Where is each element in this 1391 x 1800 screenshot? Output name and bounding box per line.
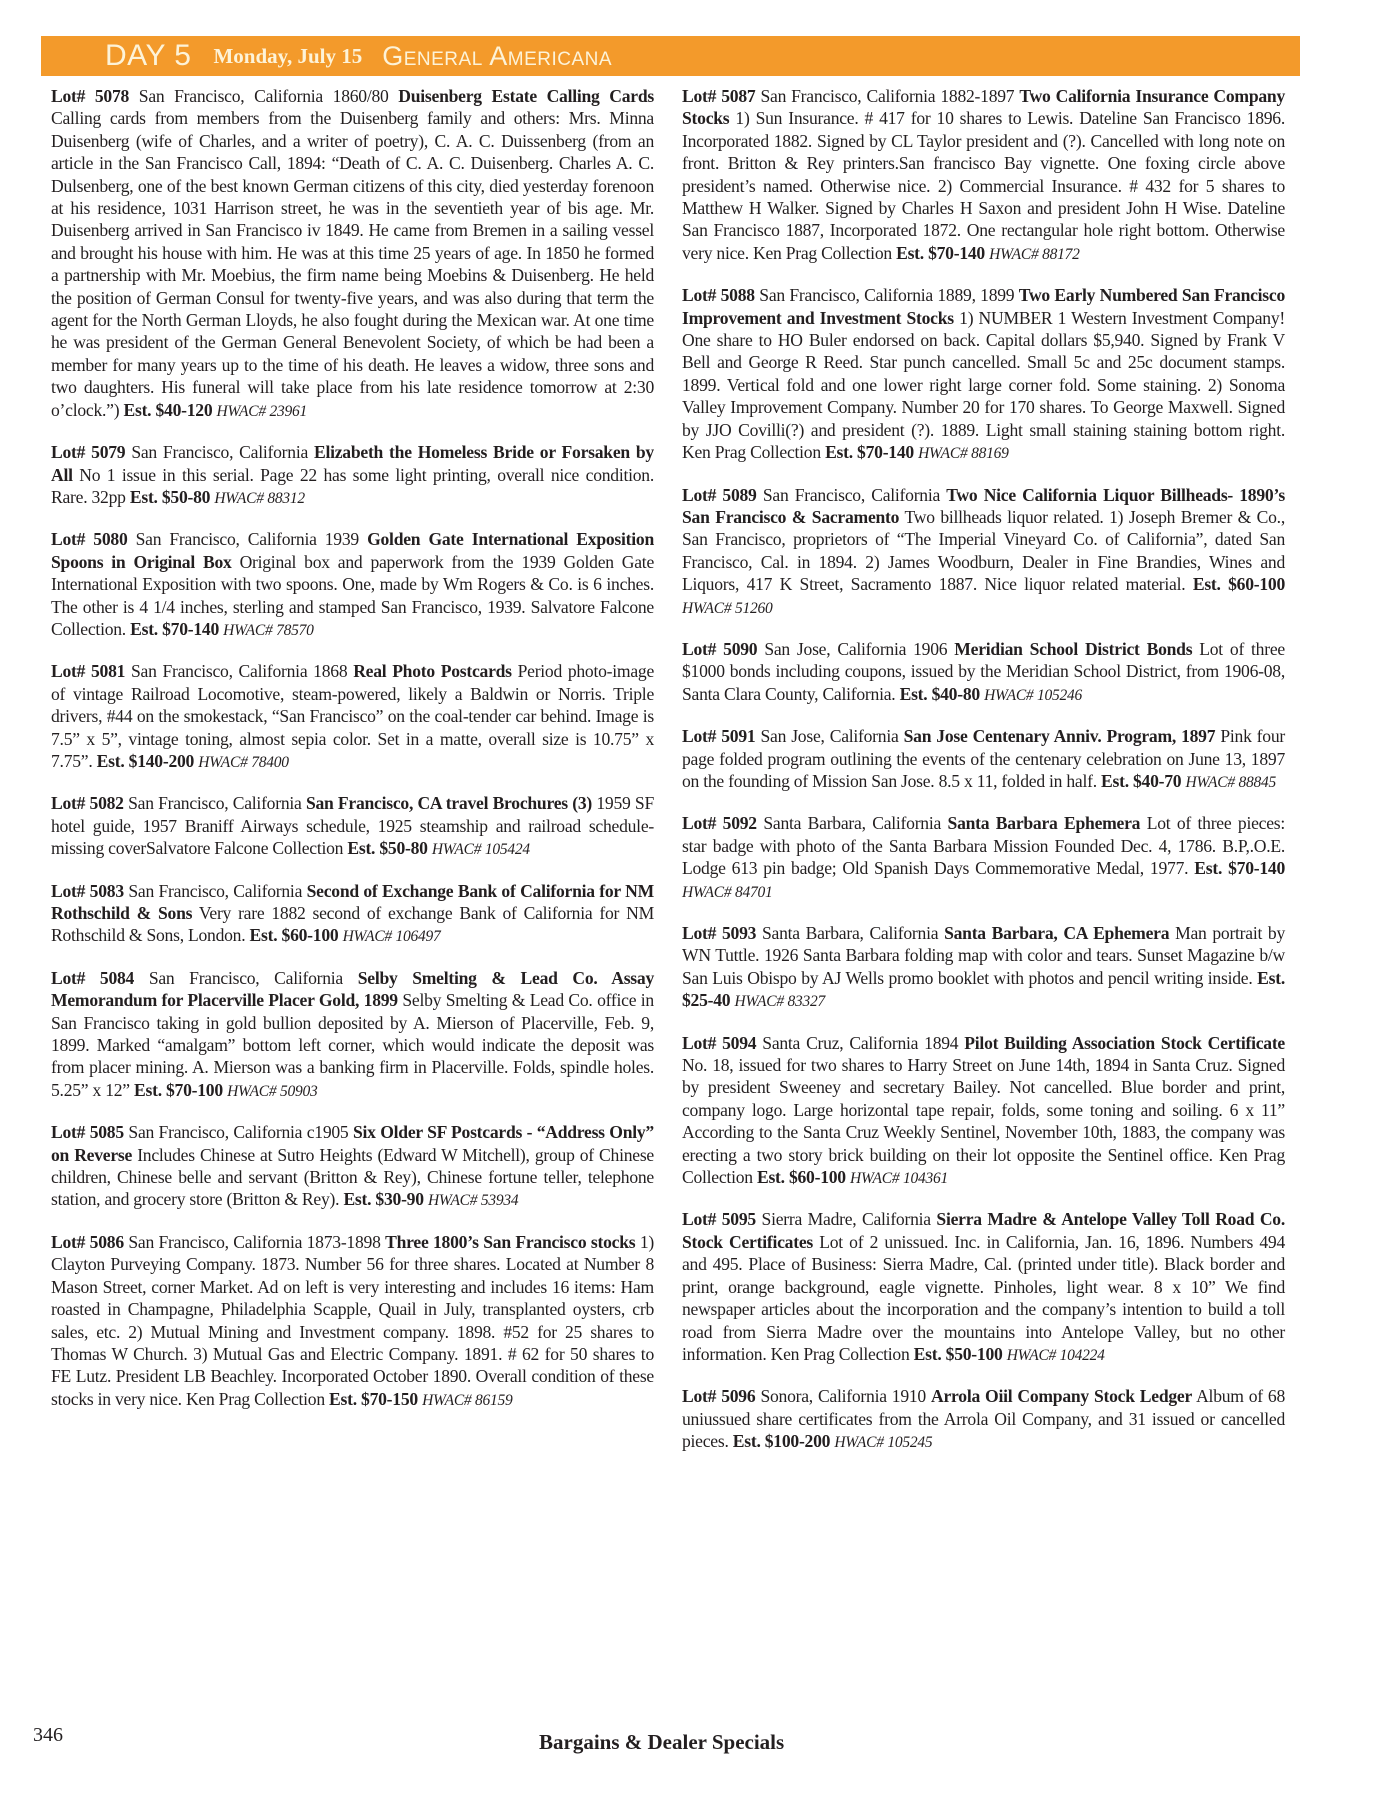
lot-hwac: HWAC# 88172 xyxy=(989,246,1079,263)
lot-number: Lot# 5093 xyxy=(682,923,756,943)
lot-description: 1) Clayton Purveying Company. 1873. Numb… xyxy=(51,1232,654,1409)
lot-hwac: HWAC# 53934 xyxy=(428,1192,518,1209)
lot-title: Three 1800’s San Francisco stocks xyxy=(385,1232,635,1252)
lot-title: Santa Barbara Ephemera xyxy=(948,813,1141,833)
lot-number: Lot# 5084 xyxy=(51,968,134,988)
lot-entry: Lot# 5090 San Jose, California 1906 Meri… xyxy=(682,638,1285,707)
lot-hwac: HWAC# 104361 xyxy=(850,1170,948,1187)
lot-title: Meridian School District Bonds xyxy=(954,639,1192,659)
lot-number: Lot# 5080 xyxy=(51,529,128,549)
lot-number: Lot# 5082 xyxy=(51,793,124,813)
lot-number: Lot# 5096 xyxy=(682,1386,755,1406)
lot-location: San Francisco, California xyxy=(149,968,343,988)
lot-entry: Lot# 5094 Santa Cruz, California 1894 Pi… xyxy=(682,1032,1285,1191)
lot-hwac: HWAC# 83327 xyxy=(735,993,825,1010)
lot-entry: Lot# 5082 San Francisco, California San … xyxy=(51,792,654,861)
lot-hwac: HWAC# 86159 xyxy=(422,1392,512,1409)
lot-title: Real Photo Postcards xyxy=(353,661,512,681)
lot-entry: Lot# 5087 San Francisco, California 1882… xyxy=(682,85,1285,266)
lot-number: Lot# 5078 xyxy=(51,86,129,106)
day-label: DAY 5 xyxy=(105,36,191,76)
lot-number: Lot# 5079 xyxy=(51,442,125,462)
lot-entry: Lot# 5079 San Francisco, California Eliz… xyxy=(51,441,654,510)
page-number: 346 xyxy=(33,1724,63,1747)
lot-hwac: HWAC# 51260 xyxy=(682,600,772,617)
lot-estimate: Est. $140-200 xyxy=(97,751,194,771)
lot-number: Lot# 5094 xyxy=(682,1033,756,1053)
lot-estimate: Est. $70-140 xyxy=(825,442,914,462)
lot-hwac: HWAC# 78400 xyxy=(198,754,288,771)
lot-estimate: Est. $70-140 xyxy=(1194,858,1285,878)
lot-description: 1) NUMBER 1 Western Investment Company! … xyxy=(682,308,1285,462)
lot-location: San Francisco, California 1860/80 xyxy=(139,86,389,106)
lot-number: Lot# 5092 xyxy=(682,813,757,833)
lot-hwac: HWAC# 104224 xyxy=(1007,1347,1105,1364)
section-title: General Americana xyxy=(382,36,612,76)
date-label: Monday, July 15 xyxy=(213,36,362,76)
lot-estimate: Est. $100-200 xyxy=(733,1431,830,1451)
lot-entry: Lot# 5093 Santa Barbara, California Sant… xyxy=(682,922,1285,1014)
lot-estimate: Est. $50-100 xyxy=(914,1344,1003,1364)
lot-number: Lot# 5091 xyxy=(682,726,755,746)
lot-number: Lot# 5090 xyxy=(682,639,757,659)
lot-location: Santa Barbara, California xyxy=(763,813,941,833)
lot-hwac: HWAC# 88845 xyxy=(1186,774,1276,791)
lot-number: Lot# 5085 xyxy=(51,1122,124,1142)
lot-hwac: HWAC# 105245 xyxy=(834,1434,932,1451)
lot-entry: Lot# 5083 San Francisco, California Seco… xyxy=(51,880,654,949)
lot-location: Sierra Madre, California xyxy=(762,1209,931,1229)
lot-number: Lot# 5088 xyxy=(682,285,755,305)
section-header-bar: DAY 5 Monday, July 15 General Americana xyxy=(41,36,1300,76)
lot-location: San Francisco, California xyxy=(128,793,301,813)
lot-entry: Lot# 5089 San Francisco, California Two … xyxy=(682,484,1285,620)
lot-estimate: Est. $40-120 xyxy=(123,400,212,420)
lot-hwac: HWAC# 78570 xyxy=(223,622,313,639)
left-column: Lot# 5078 San Francisco, California 1860… xyxy=(51,85,654,1430)
lot-hwac: HWAC# 88312 xyxy=(214,490,304,507)
lot-estimate: Est. $60-100 xyxy=(250,925,339,945)
lot-location: San Francisco, California 1882-1897 xyxy=(760,86,1014,106)
lot-location: San Francisco, California xyxy=(128,881,302,901)
lot-estimate: Est. $70-150 xyxy=(329,1389,418,1409)
lot-estimate: Est. $70-140 xyxy=(130,619,219,639)
lot-entry: Lot# 5095 Sierra Madre, California Sierr… xyxy=(682,1208,1285,1367)
lot-location: Santa Barbara, California xyxy=(762,923,938,943)
lot-location: Santa Cruz, California 1894 xyxy=(762,1033,958,1053)
lot-entry: Lot# 5080 San Francisco, California 1939… xyxy=(51,528,654,642)
footer-title: Bargains & Dealer Specials xyxy=(539,1730,784,1755)
lot-number: Lot# 5089 xyxy=(682,485,757,505)
right-column: Lot# 5087 San Francisco, California 1882… xyxy=(682,85,1285,1473)
lot-entry: Lot# 5078 San Francisco, California 1860… xyxy=(51,85,654,423)
lot-hwac: HWAC# 84701 xyxy=(682,884,772,901)
lot-entry: Lot# 5096 Sonora, California 1910 Arrola… xyxy=(682,1385,1285,1454)
lot-entry: Lot# 5088 San Francisco, California 1889… xyxy=(682,284,1285,465)
lot-hwac: HWAC# 23961 xyxy=(217,403,307,420)
lot-estimate: Est. $40-70 xyxy=(1101,771,1181,791)
lot-estimate: Est. $30-90 xyxy=(343,1189,423,1209)
lot-estimate: Est. $70-140 xyxy=(896,243,985,263)
lot-estimate: Est. $50-80 xyxy=(347,838,427,858)
lot-title: San Francisco, CA travel Brochures (3) xyxy=(306,793,592,813)
lot-hwac: HWAC# 105424 xyxy=(432,841,530,858)
lot-location: San Francisco, California xyxy=(763,485,940,505)
lot-estimate: Est. $60-100 xyxy=(757,1167,846,1187)
lot-description: Calling cards from members from the Duis… xyxy=(51,108,654,419)
lot-location: San Francisco, California c1905 xyxy=(128,1122,348,1142)
lot-location: San Francisco, California 1873-1898 xyxy=(128,1232,380,1252)
lot-location: San Jose, California 1906 xyxy=(764,639,947,659)
lot-estimate: Est. $50-80 xyxy=(130,487,210,507)
lot-location: San Francisco, California xyxy=(131,442,308,462)
lot-title: Duisenberg Estate Calling Cards xyxy=(398,86,654,106)
lot-estimate: Est. $70-100 xyxy=(134,1080,223,1100)
lot-hwac: HWAC# 106497 xyxy=(343,928,441,945)
lot-location: Sonora, California 1910 xyxy=(760,1386,926,1406)
lot-estimate: Est. $40-80 xyxy=(900,684,980,704)
lot-estimate: Est. $60-100 xyxy=(1193,574,1285,594)
lot-number: Lot# 5081 xyxy=(51,661,125,681)
lot-hwac: HWAC# 105246 xyxy=(984,687,1082,704)
lot-hwac: HWAC# 88169 xyxy=(918,445,1008,462)
lot-title: San Jose Centenary Anniv. Program, 1897 xyxy=(904,726,1216,746)
lot-title: Pilot Building Association Stock Certifi… xyxy=(964,1033,1285,1053)
lot-title: Arrola Oiil Company Stock Ledger xyxy=(931,1386,1192,1406)
lot-hwac: HWAC# 50903 xyxy=(227,1083,317,1100)
lot-entry: Lot# 5085 San Francisco, California c190… xyxy=(51,1121,654,1213)
lot-location: San Jose, California xyxy=(761,726,899,746)
lot-entry: Lot# 5092 Santa Barbara, California Sant… xyxy=(682,812,1285,904)
lot-number: Lot# 5087 xyxy=(682,86,755,106)
lot-number: Lot# 5083 xyxy=(51,881,124,901)
lot-location: San Francisco, California 1889, 1899 xyxy=(759,285,1014,305)
lot-description: 1) Sun Insurance. # 417 for 10 shares to… xyxy=(682,108,1285,262)
lot-title: Santa Barbara, CA Ephemera xyxy=(944,923,1169,943)
lot-entry: Lot# 5086 San Francisco, California 1873… xyxy=(51,1231,654,1412)
lot-number: Lot# 5095 xyxy=(682,1209,756,1229)
lot-entry: Lot# 5081 San Francisco, California 1868… xyxy=(51,660,654,774)
lot-location: San Francisco, California 1939 xyxy=(136,529,359,549)
lot-location: San Francisco, California 1868 xyxy=(131,661,347,681)
lot-entry: Lot# 5091 San Jose, California San Jose … xyxy=(682,725,1285,794)
lot-number: Lot# 5086 xyxy=(51,1232,124,1252)
lot-entry: Lot# 5084 San Francisco, California Selb… xyxy=(51,967,654,1103)
